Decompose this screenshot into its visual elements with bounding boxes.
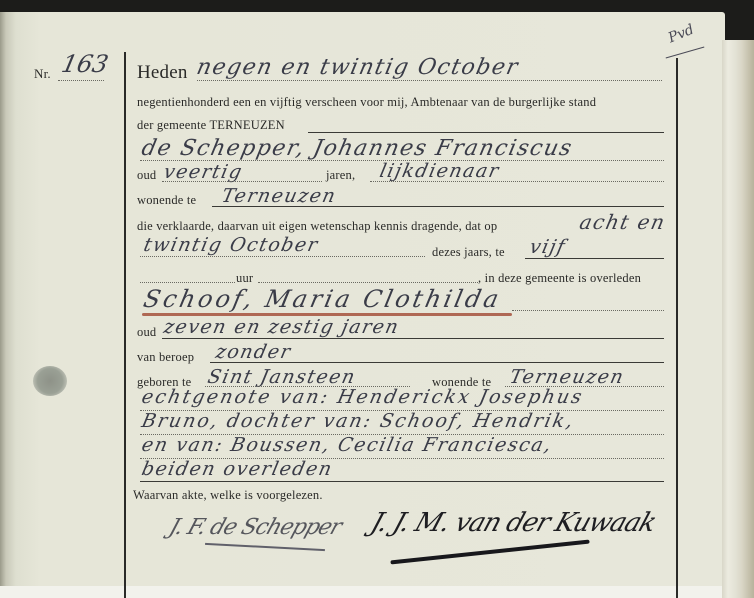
printed-oud-2: oud (137, 325, 156, 340)
hw-declarant-name: de Schepper, Johannes Franciscus (139, 136, 575, 161)
printed-line-2: negentienhonderd een en vijftig verschee… (137, 95, 596, 110)
hw-death-date-2: twintig October (142, 234, 321, 256)
line-residence (212, 206, 664, 208)
page-edge-stack (722, 40, 754, 598)
line-deceased-occupation (210, 362, 664, 364)
hw-relations-2: Bruno, dochter van: Schoof, Hendrik, (140, 410, 577, 432)
hw-deceased-age: zeven en zestig jaren (162, 316, 402, 338)
heden-text: Heden (137, 62, 188, 83)
printed-die-verklaarde: die verklaarde, daarvan uit eigen wetens… (137, 219, 497, 234)
hw-declarant-residence: Terneuzen (220, 185, 339, 207)
printed-der-gemeente: der gemeente TERNEUZEN (137, 118, 285, 133)
printed-dezes-jaars: dezes jaars, te (432, 245, 505, 260)
hw-relations-4: beiden overleden (140, 458, 335, 480)
hw-relations-1: echtgenote van: Henderickx Josephus (140, 386, 586, 408)
line-deceased-age (162, 338, 664, 340)
line-relations-4 (140, 481, 664, 483)
hw-date: negen en twintig October (194, 55, 521, 80)
right-frame-line (676, 58, 678, 598)
printed-in-deze-gemeente: , in deze gemeente is overleden (478, 271, 641, 286)
printed-wonende-te: wonende te (137, 193, 196, 208)
ink-stain (33, 366, 67, 396)
hw-death-hour: vijf (528, 236, 568, 258)
printed-jaren: jaren, (326, 168, 355, 183)
hw-birthplace: Sint Jansteen (206, 366, 358, 388)
line-death-date (140, 256, 425, 258)
heden-label: Heden (137, 62, 188, 84)
line-hour (525, 258, 664, 260)
line-age (162, 181, 322, 183)
printed-closing: Waarvan akte, welke is voorgelezen. (133, 488, 323, 503)
line-date (197, 80, 662, 82)
line-gemeente (308, 132, 664, 134)
signature-declarant: J. F. de Schepper (166, 515, 344, 540)
signature-official: J. J. M. van der Kuwaak (367, 508, 659, 538)
hw-declarant-occupation: lijkdienaar (378, 160, 502, 182)
line-deceased (512, 310, 664, 312)
record-number: 163 (59, 50, 111, 78)
line-uur-2 (258, 282, 478, 284)
printed-oud: oud (137, 168, 156, 183)
printed-uur: uur (236, 271, 253, 286)
record-number-label: Nr. (34, 66, 51, 82)
line-occupation (370, 181, 664, 183)
hw-declarant-age: veertig (162, 161, 245, 183)
hw-deceased-name: Schoof, Maria Clothilda (141, 285, 504, 313)
hw-death-date-1: acht en (577, 210, 668, 234)
hw-deceased-occupation: zonder (214, 341, 294, 363)
left-frame-line (124, 52, 126, 598)
hw-residence: Terneuzen (508, 366, 627, 388)
record-number-dotline (58, 80, 104, 82)
hw-relations-3: en van: Boussen, Cecilia Franciesca, (140, 434, 555, 456)
page-bottom-edge (0, 586, 722, 598)
printed-van-beroep: van beroep (137, 350, 194, 365)
line-uur-1 (140, 282, 235, 284)
